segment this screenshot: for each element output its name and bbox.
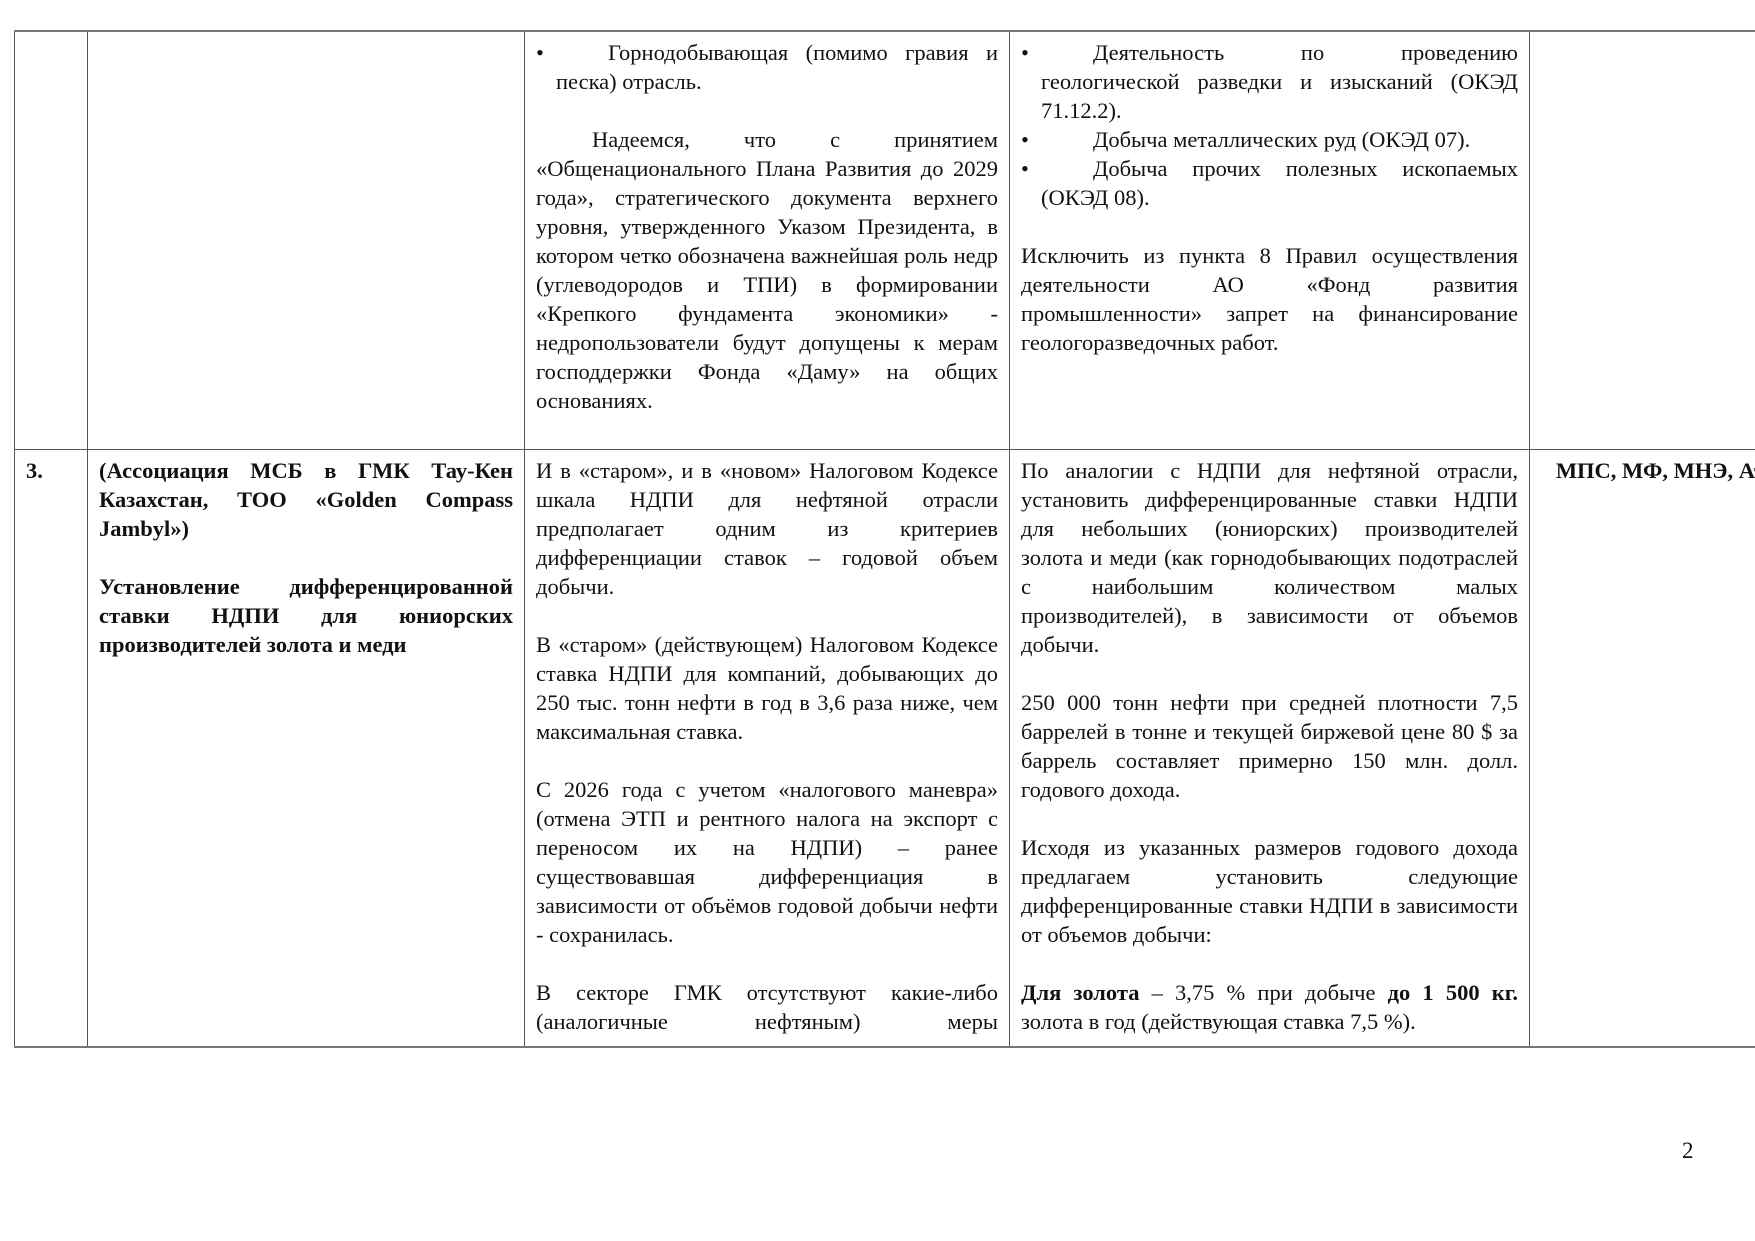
- problem-paragraph: С 2026 года с учетом «налогового маневра…: [536, 775, 998, 949]
- document-page: • Горнодобывающая (помимо гравия и песка…: [0, 0, 1755, 1241]
- organization-text: (Ассоциация МСБ в ГМК Тау-Кен Казахстан,…: [99, 456, 513, 543]
- bullet-text: Деятельность по проведению геологической…: [1021, 38, 1518, 125]
- organization-cell: [88, 31, 525, 449]
- list-item: • Горнодобывающая (помимо гравия и песка…: [536, 38, 998, 96]
- problem-paragraph: Надеемся, что с принятием «Общенациональ…: [536, 125, 998, 415]
- row-number-cell: 3.: [15, 449, 88, 1047]
- list-item: • Добыча прочих полезных ископаемых (ОКЭ…: [1021, 154, 1518, 212]
- proposal-paragraph: 250 000 тонн нефти при средней плотности…: [1021, 688, 1518, 804]
- organization-cell: (Ассоциация МСБ в ГМК Тау-Кен Казахстан,…: [88, 449, 525, 1047]
- problem-paragraph: В «старом» (действующем) Налоговом Кодек…: [536, 630, 998, 746]
- bullet-text: Добыча металлических руд (ОКЭД 07).: [1021, 125, 1518, 154]
- topic-text: Установление дифференцированной ставки Н…: [99, 572, 513, 659]
- table-row: 3. (Ассоциация МСБ в ГМК Тау-Кен Казахст…: [15, 449, 1755, 1047]
- problem-cell: • Горнодобывающая (помимо гравия и песка…: [525, 31, 1010, 449]
- proposal-cell: По аналогии с НДПИ для нефтяной отрасли,…: [1010, 449, 1530, 1047]
- gold-threshold: до 1 500 кг.: [1388, 980, 1518, 1005]
- bullet-text: Горнодобывающая (помимо гравия и песка) …: [536, 38, 998, 96]
- proposal-cell: • Деятельность по проведению геологическ…: [1010, 31, 1530, 449]
- responsible-cell: МПС, МФ, МНЭ, Атамекен: [1530, 449, 1755, 1047]
- problem-paragraph: В секторе ГМК отсутствуют какие-либо (ан…: [536, 978, 998, 1036]
- list-item: • Добыча металлических руд (ОКЭД 07).: [1021, 125, 1518, 154]
- proposal-paragraph: По аналогии с НДПИ для нефтяной отрасли,…: [1021, 456, 1518, 659]
- proposals-table: • Горнодобывающая (помимо гравия и песка…: [14, 30, 1755, 1048]
- problem-paragraph: И в «старом», и в «новом» Налоговом Коде…: [536, 456, 998, 601]
- gold-rate-tail: золота в год (действующая ставка 7,5 %).: [1021, 1009, 1416, 1034]
- table-row: • Горнодобывающая (помимо гравия и песка…: [15, 31, 1755, 449]
- gold-rate-text: – 3,75 % при добыче: [1139, 980, 1387, 1005]
- proposal-paragraph: Исключить из пункта 8 Правил осуществлен…: [1021, 241, 1518, 357]
- gold-label: Для золота: [1021, 980, 1139, 1005]
- problem-cell: И в «старом», и в «новом» Налоговом Коде…: [525, 449, 1010, 1047]
- bullet-text: Добыча прочих полезных ископаемых (ОКЭД …: [1021, 154, 1518, 212]
- list-item: • Деятельность по проведению геологическ…: [1021, 38, 1518, 125]
- row-number-cell: [15, 31, 88, 449]
- responsible-cell: [1530, 31, 1755, 449]
- gold-rate-paragraph: Для золота – 3,75 % при добыче до 1 500 …: [1021, 978, 1518, 1036]
- page-number: 2: [1682, 1138, 1694, 1164]
- proposal-paragraph: Исходя из указанных размеров годового до…: [1021, 833, 1518, 949]
